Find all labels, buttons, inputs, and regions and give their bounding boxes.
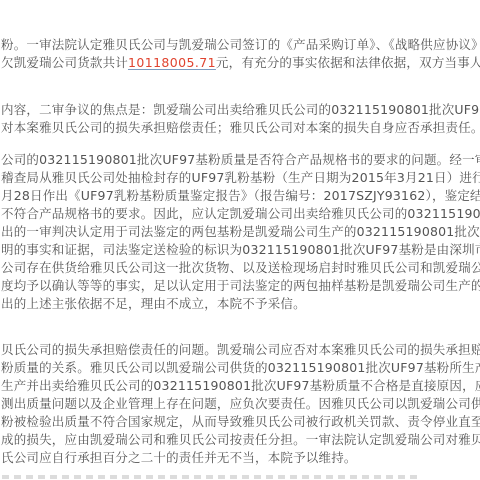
amount-prefix-text: 欠凯爱瑞公司货款共计: [1, 55, 128, 70]
text-line: 生产并出卖给雅贝氏公司的032115190801批次UF97基粉质量不合格是直接…: [1, 377, 480, 395]
text-line: 粉质量的关系。雅贝氏公司以凯爱瑞公司供货的032115190801批次UF97基…: [1, 359, 480, 377]
document-page: 粉。一审法院认定雅贝氏公司与凯爱瑞公司签订的《产品采购订单》、《战略供应协议》 …: [1, 36, 480, 467]
clipped-bottom-text-line: [2, 475, 422, 479]
paragraph: 贝氏公司的损失承担赔偿责任的问题。凯爱瑞公司应否对本案雅贝氏公司的损失承担赔偿 …: [1, 341, 480, 467]
text-line: 贝氏公司的损失承担赔偿责任的问题。凯爱瑞公司应否对本案雅贝氏公司的损失承担赔偿: [1, 341, 480, 359]
paragraph: 粉。一审法院认定雅贝氏公司与凯爱瑞公司签订的《产品采购订单》、《战略供应协议》 …: [1, 36, 480, 72]
text-line: 公司存在供货给雅贝氏公司这一批次货物、以及送检现场启封时雅贝氏公司和凯爱瑞公司: [1, 259, 480, 277]
text-line: 稽查局从雅贝氏公司处抽检封存的UF97乳粉基粉（生产日期为2015年3月21日）…: [1, 169, 480, 187]
text-line: 粉。一审法院认定雅贝氏公司与凯爱瑞公司签订的《产品采购订单》、《战略供应协议》: [1, 36, 480, 54]
amount-suffix-text: 元，有充分的事实依据和法律依据，双方当事人对此: [216, 55, 480, 70]
text-line: 明的事实和证据，司法鉴定送检验的标识为032115190801批次UF97基粉是…: [1, 241, 480, 259]
text-line: 粉被检验出质量不符合国家规定，从而导致雅贝氏公司被行政机关罚款、责令停业直至被: [1, 413, 480, 431]
text-line: 月28日作出《UF97乳粉基粉质量鉴定报告》（报告编号：2017SZJY9316…: [1, 187, 480, 205]
amount-link[interactable]: 10118005.71: [128, 55, 216, 70]
text-line: 测出质量问题以及企业管理上存在问题，应负次要责任。因雅贝氏公司以凯爱瑞公司供货: [1, 395, 480, 413]
text-line-with-amount: 欠凯爱瑞公司货款共计10118005.71元，有充分的事实依据和法律依据，双方当…: [1, 54, 480, 72]
paragraph: 内容，二审争议的焦点是：凯爱瑞公司出卖给雅贝氏公司的032115190801批次…: [1, 101, 480, 137]
text-line: 公司的032115190801批次UF97基粉质量是否符合产品规格书的要求的问题…: [1, 151, 480, 169]
paragraph: 公司的032115190801批次UF97基粉质量是否符合产品规格书的要求的问题…: [1, 151, 480, 313]
text-line: 对本案雅贝氏公司的损失承担赔偿责任；雅贝氏公司对本案的损失自身应否承担责任。: [1, 119, 480, 137]
text-line: 内容，二审争议的焦点是：凯爱瑞公司出卖给雅贝氏公司的032115190801批次…: [1, 101, 480, 119]
text-line: 度均予以确认等等的事实，足以认定用于司法鉴定的两包抽样基粉是凯爱瑞公司生产的03: [1, 277, 480, 295]
text-line: 出的一审判决认定用于司法鉴定的两包基粉是凯爱瑞公司生产的032115190801…: [1, 223, 480, 241]
text-line: 不符合产品规格书的要求。因此，应认定凯爱瑞公司出卖给雅贝氏公司的03211519…: [1, 205, 480, 223]
text-line: 成的损失，应由凯爱瑞公司和雅贝氏公司按责任分担。一审法院认定凯爱瑞公司对雅贝氏: [1, 431, 480, 449]
text-line: 出的上述主张依据不足，理由不成立，本院不予采信。: [1, 295, 480, 313]
text-line: 氏公司应自行承担百分之二十的责任并无不当，本院予以维持。: [1, 449, 480, 467]
